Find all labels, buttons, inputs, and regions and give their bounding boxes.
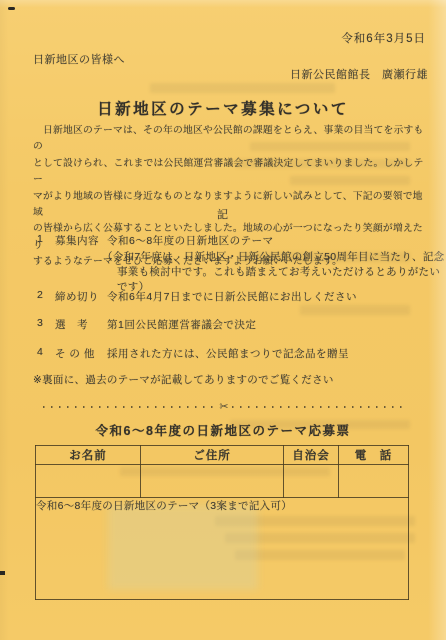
notice-item-4: 4 そ の 他 採用された方には、公民館まつりで記念品を贈呈 bbox=[37, 346, 349, 361]
item-1-subnote-line1: （令和7年度は、日新地区・日新公民館の創立50周年目に当たり、記念 bbox=[102, 249, 444, 264]
body-line: 日新地区のテーマは、その年の地区や公民館の課題をとらえ、事業の目当てを示すもの bbox=[33, 123, 425, 156]
form-title: 令和6～8年度の日新地区のテーマ応募票 bbox=[0, 421, 446, 439]
column-header-association: 自治会 bbox=[284, 446, 339, 465]
column-header-name: お名前 bbox=[36, 446, 141, 465]
column-header-address: ご住所 bbox=[141, 446, 284, 465]
item-number: 3 bbox=[37, 317, 55, 332]
cut-here-line: ✂ bbox=[43, 401, 405, 413]
item-number: 2 bbox=[37, 289, 55, 304]
item-label: 選 考 bbox=[55, 317, 107, 332]
scanned-notice-page: 令和6年3月5日 日新地区の皆様へ 日新公民館館長 廣瀬行雄 日新地区のテーマ募… bbox=[0, 0, 446, 640]
item-content: 採用された方には、公民館まつりで記念品を贈呈 bbox=[107, 346, 349, 361]
column-header-phone: 電 話 bbox=[339, 446, 409, 465]
table-theme-row: 令和6～8年度の日新地区のテーマ（3案まで記入可） bbox=[36, 498, 409, 600]
item-label: そ の 他 bbox=[55, 346, 107, 361]
phone-entry-cell bbox=[339, 465, 409, 498]
reverse-side-note: ※裏面に、過去のテーマが記載してありますのでご覧ください bbox=[33, 372, 334, 387]
association-entry-cell bbox=[284, 465, 339, 498]
scan-edge-mark bbox=[8, 7, 15, 10]
recipient-line: 日新地区の皆様へ bbox=[33, 51, 125, 67]
item-content: 令和6年4月7日までに日新公民館にお出しください bbox=[107, 289, 357, 304]
item-label: 締め切り bbox=[55, 289, 107, 304]
notice-item-2: 2 締め切り 令和6年4月7日までに日新公民館にお出しください bbox=[37, 289, 357, 304]
address-entry-cell bbox=[141, 465, 284, 498]
bleed-through-artifact bbox=[300, 305, 410, 315]
ki-heading: 記 bbox=[0, 206, 446, 222]
name-entry-cell bbox=[36, 465, 141, 498]
bleed-through-artifact bbox=[150, 83, 335, 93]
scissors-icon: ✂ bbox=[216, 402, 231, 413]
page-title: 日新地区のテーマ募集について bbox=[0, 97, 446, 119]
item-label: 募集内容 bbox=[55, 233, 107, 248]
item-number: 1 bbox=[37, 233, 55, 248]
theme-entry-cell: 令和6～8年度の日新地区のテーマ（3案まで記入可） bbox=[36, 498, 409, 600]
notice-item-3: 3 選 考 第1回公民館運営審議会で決定 bbox=[37, 317, 256, 332]
item-content: 令和6～8年度の日新地区のテーマ bbox=[107, 233, 274, 248]
sender-line: 日新公民館館長 廣瀬行雄 bbox=[290, 66, 428, 82]
item-content: 第1回公民館運営審議会で決定 bbox=[107, 317, 256, 332]
dotted-line bbox=[43, 406, 216, 408]
body-line: として設けられ、これまでは公民館運営審議会で審議決定してまいりました。しかしテー bbox=[33, 156, 425, 189]
notice-item-1: 1 募集内容 令和6～8年度の日新地区のテーマ bbox=[37, 233, 274, 248]
document-date: 令和6年3月5日 bbox=[341, 30, 426, 46]
dotted-line bbox=[232, 406, 405, 408]
table-header-row: お名前 ご住所 自治会 電 話 bbox=[36, 446, 409, 465]
scan-edge-mark bbox=[0, 571, 5, 575]
table-input-row bbox=[36, 465, 409, 498]
application-form-table: お名前 ご住所 自治会 電 話 令和6～8年度の日新地区のテーマ（3案まで記入可… bbox=[35, 445, 409, 600]
item-number: 4 bbox=[37, 346, 55, 361]
